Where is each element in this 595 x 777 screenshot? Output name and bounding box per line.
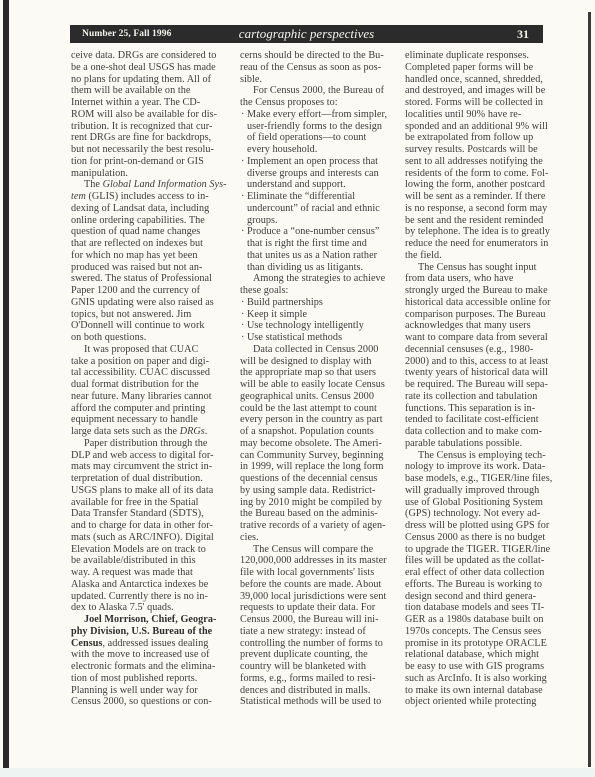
text-column-3: eliminate duplicate responses. Completed… bbox=[405, 50, 563, 708]
paragraph-census-contact: cerns should be directed to the Bu- reau… bbox=[240, 50, 403, 85]
proposals-list: ·Make every effort—from simpler, user-fr… bbox=[240, 109, 403, 274]
list-item: ·Make every effort—from simpler, user-fr… bbox=[240, 109, 403, 156]
paragraph-strategies-intro: Among the strategies to achieve these go… bbox=[240, 273, 403, 297]
paragraph-paper-distribution: Paper distribution through the DLP and w… bbox=[71, 438, 231, 614]
paragraph-duplicate-responses: eliminate duplicate responses. Completed… bbox=[405, 50, 563, 262]
page-edge-right bbox=[588, 12, 591, 767]
list-item: ·Use statistical methods bbox=[240, 332, 403, 344]
text-column-1: ceive data. DRGs are considered to be a … bbox=[71, 50, 231, 708]
list-item: ·Build partnerships bbox=[240, 297, 403, 309]
paragraph-technology: The Census is employing tech- nology to … bbox=[405, 450, 563, 709]
list-item: ·Eliminate the “differential undercount”… bbox=[240, 191, 403, 226]
page-edge-left bbox=[3, 0, 9, 777]
text-column-2: cerns should be directed to the Bu- reau… bbox=[240, 50, 403, 708]
list-item: ·Implement an open process that diverse … bbox=[240, 156, 403, 191]
paragraph-data-collected: Data collected in Census 2000 will be de… bbox=[240, 344, 403, 544]
paragraph-morrison: Joel Morrison, Chief, Geogra- phy Divisi… bbox=[71, 614, 231, 708]
page-bottom-edge bbox=[0, 768, 595, 777]
paragraph-address-compare: The Census will compare the 120,000,000 … bbox=[240, 544, 403, 709]
list-item: ·Produce a “one-number census” that is r… bbox=[240, 226, 403, 273]
strategies-list: ·Build partnerships ·Keep it simple ·Use… bbox=[240, 297, 403, 344]
list-item: ·Keep it simple bbox=[240, 309, 403, 321]
page-number: 31 bbox=[517, 27, 529, 42]
journal-title: cartographic perspectives bbox=[70, 26, 543, 42]
paragraph-drgs: ceive data. DRGs are considered to be a … bbox=[71, 50, 231, 179]
list-item: ·Use technology intelligently bbox=[240, 320, 403, 332]
paragraph-glis: The Global Land Information Sys- tem (GL… bbox=[71, 179, 231, 344]
paragraph-user-input: The Census has sought input from data us… bbox=[405, 262, 563, 450]
paragraph-proposals-intro: For Census 2000, the Bureau of the Censu… bbox=[240, 85, 403, 109]
running-header: Number 25, Fall 1996 cartographic perspe… bbox=[70, 25, 543, 43]
paragraph-cuac: It was proposed that CUAC take a positio… bbox=[71, 344, 231, 438]
